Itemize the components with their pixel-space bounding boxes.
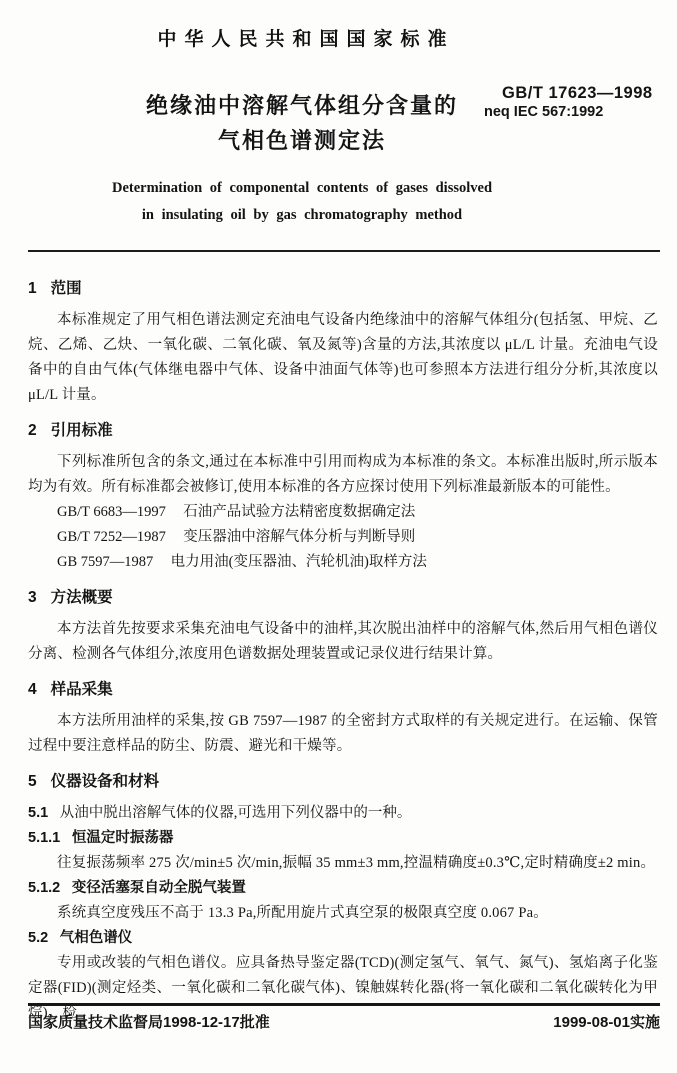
reference-item: GB/T 7252—1987变压器油中溶解气体分析与判断导则 <box>28 525 658 550</box>
implementation-date: 1999-08-01实施 <box>553 1011 660 1032</box>
section-heading-scope: 1范围 <box>28 278 658 299</box>
clause-5-1-1: 5.1.1恒温定时振荡器 <box>28 826 658 851</box>
section-heading-sampling: 4样品采集 <box>28 679 658 700</box>
standard-number: GB/T 17623—1998 <box>484 84 653 102</box>
section-number: 4 <box>28 681 37 698</box>
reference-name: 变压器油中溶解气体分析与判断导则 <box>183 529 415 545</box>
clause-5-1: 5.1从油中脱出溶解气体的仪器,可选用下列仪器中的一种。 <box>28 801 658 826</box>
clause-5-1-2: 5.1.2变径活塞泵自动全脱气装置 <box>28 876 658 901</box>
section-heading-method-summary: 3方法概要 <box>28 587 658 608</box>
reference-name: 石油产品试验方法精密度数据确定法 <box>183 504 415 520</box>
section-title: 范围 <box>51 280 82 297</box>
standard-number-block: GB/T 17623—1998 neq IEC 567:1992 <box>484 84 653 121</box>
standard-document-page: 中华人民共和国国家标准 绝缘油中溶解气体组分含量的 气相色谱测定法 Determ… <box>0 0 677 1073</box>
clause-number: 5.1.2 <box>28 880 60 896</box>
reference-item: GB/T 6683—1997石油产品试验方法精密度数据确定法 <box>28 500 658 525</box>
clause-5-2: 5.2气相色谱仪 <box>28 926 658 951</box>
clause-title: 气相色谱仪 <box>60 930 133 946</box>
section-number: 2 <box>28 422 37 439</box>
title-en-line1: Determination of componental contents of… <box>0 175 604 202</box>
section-number: 5 <box>28 773 37 790</box>
title-en-line2: in insulating oil by gas chromatography … <box>0 202 604 229</box>
reference-code: GB/T 7252—1987 <box>57 529 166 545</box>
reference-item: GB 7597—1987电力用油(变压器油、汽轮机油)取样方法 <box>28 550 658 575</box>
header-block: 中华人民共和国国家标准 绝缘油中溶解气体组分含量的 气相色谱测定法 Determ… <box>0 24 604 229</box>
section-title: 方法概要 <box>51 589 113 606</box>
reference-code: GB/T 6683—1997 <box>57 504 166 520</box>
paragraph: 下列标准所包含的条文,通过在本标准中引用而构成为本标准的条文。本标准出版时,所示… <box>28 450 658 500</box>
approval-statement: 国家质量技术监督局1998-12-17批准 <box>28 1011 270 1032</box>
reference-code: GB 7597—1987 <box>57 554 153 570</box>
standard-equivalence: neq IEC 567:1992 <box>484 103 653 121</box>
title-zh-line2: 气相色谱测定法 <box>0 123 604 158</box>
clause-title: 变径活塞泵自动全脱气装置 <box>72 880 246 896</box>
section-number: 1 <box>28 280 37 297</box>
paragraph: 本标准规定了用气相色谱法测定充油电气设备内绝缘油中的溶解气体组分(包括氢、甲烷、… <box>28 308 658 408</box>
paragraph: 本方法所用油样的采集,按 GB 7597—1987 的全密封方式取样的有关规定进… <box>28 709 658 759</box>
section-title: 仪器设备和材料 <box>51 773 160 790</box>
paragraph: 本方法首先按要求采集充油电气设备中的油样,其次脱出油样中的溶解气体,然后用气相色… <box>28 617 658 667</box>
paragraph: 系统真空度残压不高于 13.3 Pa,所配用旋片式真空泵的极限真空度 0.067… <box>28 901 658 926</box>
clause-title: 恒温定时振荡器 <box>72 830 174 846</box>
section-title: 引用标准 <box>51 422 113 439</box>
paragraph: 往复振荡频率 275 次/min±5 次/min,振幅 35 mm±3 mm,控… <box>28 851 658 876</box>
section-heading-references: 2引用标准 <box>28 420 658 441</box>
national-standard-banner: 中华人民共和国国家标准 <box>0 24 604 51</box>
document-footer: 国家质量技术监督局1998-12-17批准 1999-08-01实施 <box>28 1003 660 1032</box>
footer-divider <box>28 1003 660 1006</box>
clause-number: 5.1 <box>28 805 48 821</box>
section-number: 3 <box>28 589 37 606</box>
clause-number: 5.1.1 <box>28 830 60 846</box>
clause-number: 5.2 <box>28 930 48 946</box>
document-title-en: Determination of componental contents of… <box>0 175 604 229</box>
clause-text: 从油中脱出溶解气体的仪器,可选用下列仪器中的一种。 <box>60 805 412 821</box>
section-title: 样品采集 <box>51 681 113 698</box>
document-body: 1范围 本标准规定了用气相色谱法测定充油电气设备内绝缘油中的溶解气体组分(包括氢… <box>0 252 677 1026</box>
reference-name: 电力用油(变压器油、汽轮机油)取样方法 <box>171 554 427 570</box>
section-heading-apparatus: 5仪器设备和材料 <box>28 771 658 792</box>
